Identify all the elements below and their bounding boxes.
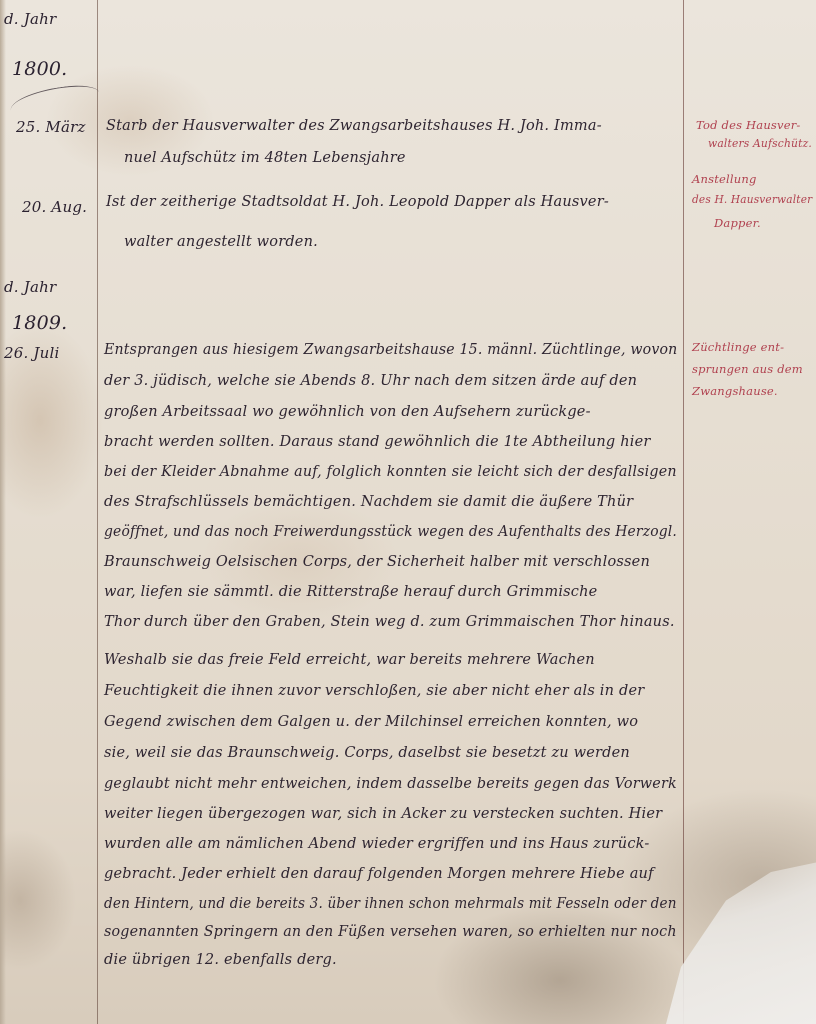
entry-line: nuel Aufschütz im 48ten Lebensjahre [124, 150, 406, 166]
right-margin-rule [683, 0, 684, 1024]
marginal-note: des H. Hausverwalter [692, 192, 812, 206]
marginal-note: Züchtlinge ent- [692, 340, 784, 354]
marginal-note: Anstellung [692, 172, 757, 186]
page-edge-shadow [0, 0, 6, 1024]
date-year-value: 1800. [12, 58, 67, 80]
entry-line: des Strafschlüssels bemächtigen. Nachdem… [104, 494, 633, 510]
worn-paper-corner [666, 834, 816, 1024]
entry-line: großen Arbeitssaal wo gewöhnlich von den… [104, 404, 591, 420]
entry-line: Gegend zwischen dem Galgen u. der Milchi… [104, 714, 638, 730]
entry-line: wurden alle am nämlichen Abend wieder er… [104, 836, 650, 852]
entry-line: weiter liegen übergezogen war, sich in A… [104, 806, 662, 822]
date-entry: 20. Aug. [22, 198, 87, 216]
marginal-note: walters Aufschütz. [708, 136, 812, 150]
entry-line: bei der Kleider Abnahme auf, folglich ko… [104, 464, 677, 480]
marginal-note: Tod des Hausver- [696, 118, 801, 132]
entry-line: Weshalb sie das freie Feld erreicht, war… [104, 652, 595, 668]
date-year-label: d. Jahr [4, 278, 56, 296]
entry-line: sie, weil sie das Braunschweig. Corps, d… [104, 745, 630, 761]
entry-line: die übrigen 12. ebenfalls derg. [104, 952, 337, 968]
marginal-note: Zwangshause. [692, 384, 778, 398]
entry-line: Ist der zeitherige Stadtsoldat H. Joh. L… [106, 194, 609, 210]
entry-line: geöffnet, und das noch Freiwerdungsstück… [104, 524, 677, 540]
entry-line: walter angestellt worden. [124, 234, 318, 250]
date-year-label: d. Jahr [4, 10, 56, 28]
entry-line: Feuchtigkeit die ihnen zuvor verschloßen… [104, 683, 644, 699]
date-entry: 26. Juli [4, 344, 60, 362]
date-entry: 25. März [16, 118, 86, 136]
entry-line: Entsprangen aus hiesigem Zwangsarbeitsha… [104, 342, 677, 358]
left-margin-rule [97, 0, 98, 1024]
entry-line: bracht werden sollten. Daraus stand gewö… [104, 434, 651, 450]
year-divider-flourish [9, 82, 102, 121]
entry-line: gebracht. Jeder erhielt den darauf folge… [104, 866, 654, 882]
entry-line: der 3. jüdisch, welche sie Abends 8. Uhr… [104, 373, 637, 389]
marginal-note: sprungen aus dem [692, 362, 803, 376]
date-year-value: 1809. [12, 312, 67, 334]
marginal-note: Dapper. [714, 216, 761, 230]
entry-line: sogenannten Springern an den Füßen verse… [104, 924, 677, 940]
entry-line: Thor durch über den Graben, Stein weg d.… [104, 614, 675, 630]
entry-line: den Hintern, und die bereits 3. über ihn… [104, 896, 677, 912]
entry-line: Braunschweig Oelsischen Corps, der Siche… [104, 554, 650, 570]
entry-line: war, liefen sie sämmtl. die Ritterstraße… [104, 584, 597, 600]
manuscript-page: d. Jahr 1800. 25. März 20. Aug. d. Jahr … [0, 0, 816, 1024]
entry-line: Starb der Hausverwalter des Zwangsarbeit… [106, 118, 602, 134]
entry-line: geglaubt nicht mehr entweichen, indem da… [104, 776, 677, 792]
